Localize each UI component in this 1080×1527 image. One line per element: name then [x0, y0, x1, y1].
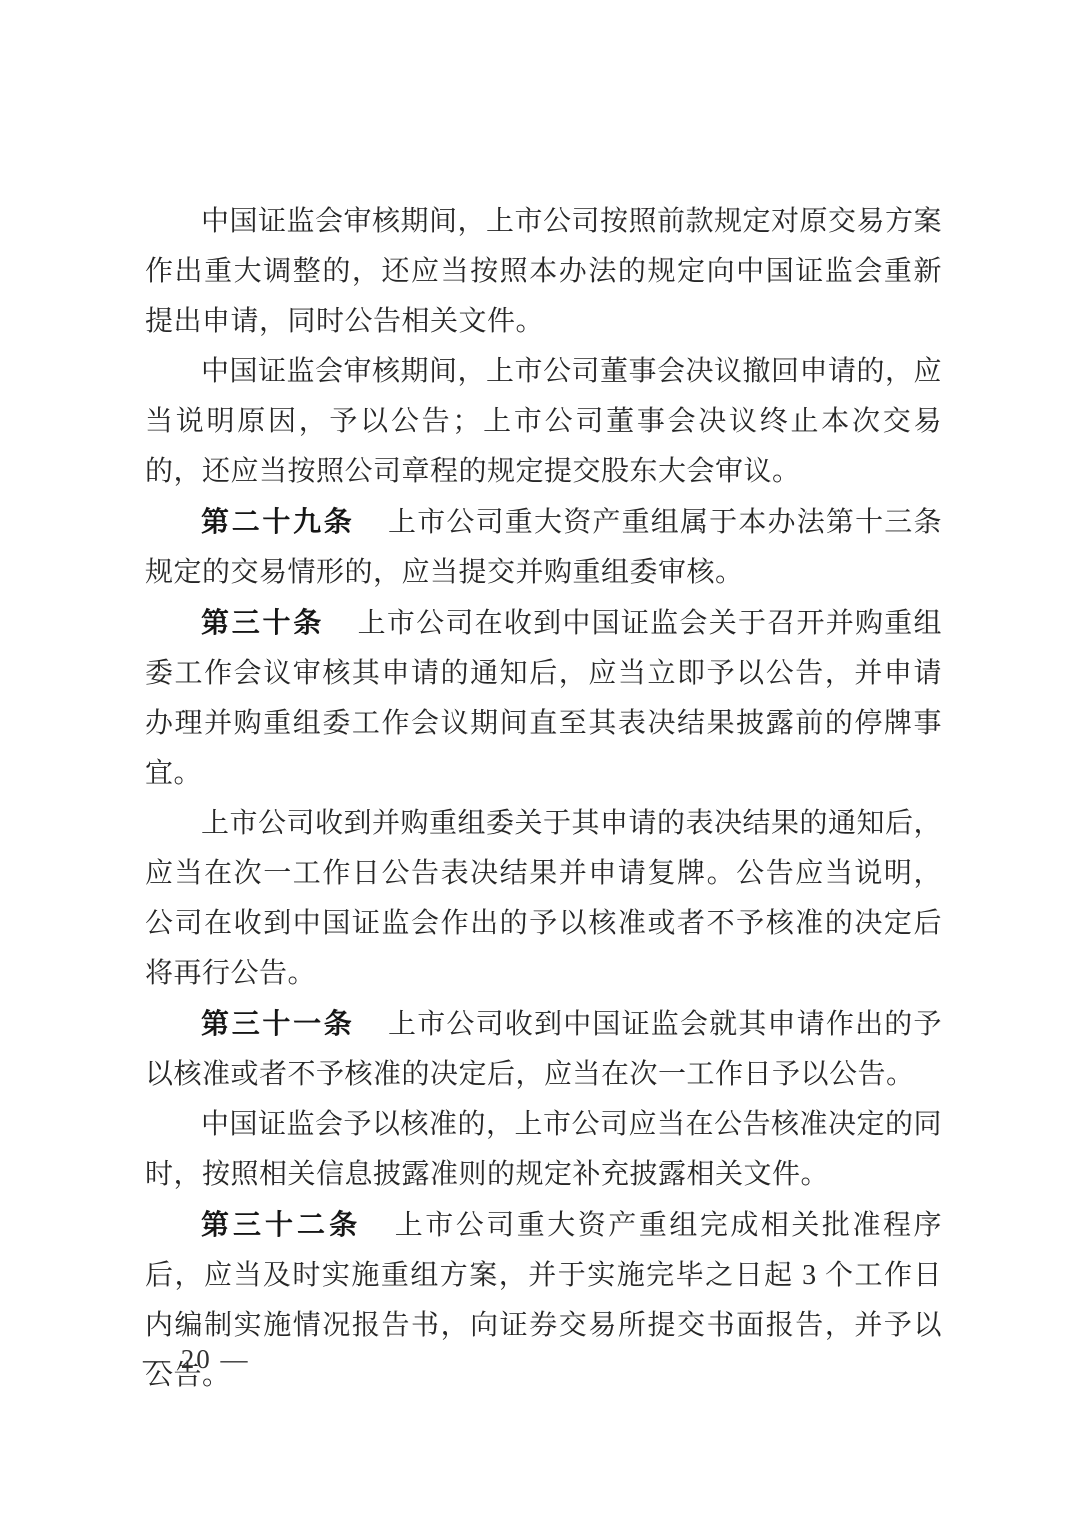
- body-paragraph: 上市公司收到并购重组委关于其申请的表决结果的通知后，应当在次一工作日公告表决结果…: [145, 799, 942, 999]
- article-paragraph: 第三十二条上市公司重大资产重组完成相关批准程序后，应当及时实施重组方案，并于实施…: [145, 1200, 942, 1401]
- document-page: 中国证监会审核期间，上市公司按照前款规定对原交易方案作出重大调整的，还应当按照本…: [0, 0, 1080, 1527]
- paragraph-text: 中国证监会予以核准的，上市公司应当在公告核准决定的同时，按照相关信息披露准则的规…: [145, 1109, 942, 1190]
- page-number: — 20 —: [143, 1344, 250, 1374]
- page-footer: — 20 —: [143, 1342, 250, 1376]
- document-body: 中国证监会审核期间，上市公司按照前款规定对原交易方案作出重大调整的，还应当按照本…: [145, 197, 942, 1401]
- article-paragraph: 第二十九条上市公司重大资产重组属于本办法第十三条规定的交易情形的，应当提交并购重…: [145, 497, 942, 598]
- paragraph-text: 中国证监会审核期间，上市公司董事会决议撤回申请的，应当说明原因，予以公告；上市公…: [145, 356, 942, 487]
- paragraph-text: 上市公司收到并购重组委关于其申请的表决结果的通知后，应当在次一工作日公告表决结果…: [145, 808, 942, 989]
- article-paragraph: 第三十条上市公司在收到中国证监会关于召开并购重组委工作会议审核其申请的通知后，应…: [145, 598, 942, 799]
- article-number: 第三十二条: [201, 1209, 361, 1240]
- article-number: 第三十一条: [201, 1008, 354, 1039]
- body-paragraph: 中国证监会审核期间，上市公司按照前款规定对原交易方案作出重大调整的，还应当按照本…: [145, 197, 942, 347]
- article-number: 第三十条: [201, 607, 324, 638]
- article-paragraph: 第三十一条上市公司收到中国证监会就其申请作出的予以核准或者不予核准的决定后，应当…: [145, 999, 942, 1100]
- body-paragraph: 中国证监会审核期间，上市公司董事会决议撤回申请的，应当说明原因，予以公告；上市公…: [145, 347, 942, 497]
- article-number: 第二十九条: [201, 506, 354, 537]
- paragraph-text: 中国证监会审核期间，上市公司按照前款规定对原交易方案作出重大调整的，还应当按照本…: [145, 206, 942, 337]
- body-paragraph: 中国证监会予以核准的，上市公司应当在公告核准决定的同时，按照相关信息披露准则的规…: [145, 1100, 942, 1200]
